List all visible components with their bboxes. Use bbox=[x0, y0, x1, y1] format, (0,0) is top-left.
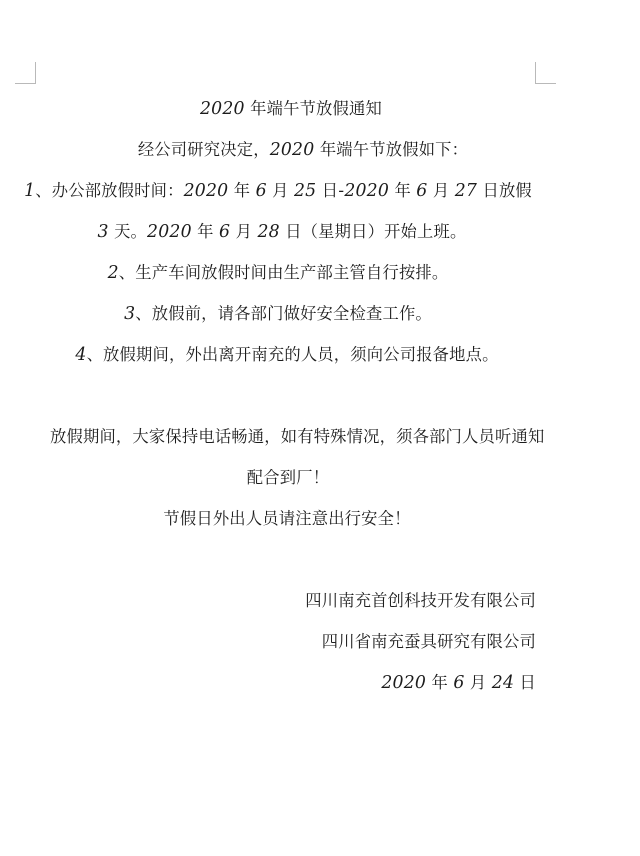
signature-date: 2020 年 6 月 24 日 bbox=[20, 662, 536, 703]
item-1-line-1: 1、办公部放假时间：2020 年 6 月 25 日-2020 年 6 月 27 … bbox=[20, 170, 536, 211]
blank-line bbox=[20, 375, 536, 416]
margin-crop-mark-right bbox=[535, 62, 556, 84]
signature-company-2: 四川省南充蚕具研究有限公司 bbox=[20, 621, 536, 662]
closing-line-1: 放假期间，大家保持电话畅通，如有特殊情况，须各部门人员听通知 bbox=[20, 416, 536, 457]
safety-reminder-line: 节假日外出人员请注意出行安全！ bbox=[20, 498, 536, 539]
item-1-line-2: 3 天。2020 年 6 月 28 日（星期日）开始上班。 bbox=[20, 211, 536, 252]
blank-line bbox=[20, 539, 536, 580]
closing-line-2: 配合到厂！ bbox=[20, 457, 536, 498]
item-4: 4、放假期间，外出离开南充的人员，须向公司报备地点。 bbox=[20, 334, 536, 375]
notice-intro: 经公司研究决定，2020 年端午节放假如下： bbox=[20, 129, 536, 170]
item-3: 3、放假前，请各部门做好安全检查工作。 bbox=[20, 293, 536, 334]
notice-title: 2020 年端午节放假通知 bbox=[20, 88, 536, 129]
document-page[interactable]: 2020 年端午节放假通知 经公司研究决定，2020 年端午节放假如下： 1、办… bbox=[0, 0, 640, 856]
margin-crop-mark-left bbox=[15, 62, 36, 84]
signature-company-1: 四川南充首创科技开发有限公司 bbox=[20, 580, 536, 621]
document-body: 2020 年端午节放假通知 经公司研究决定，2020 年端午节放假如下： 1、办… bbox=[20, 88, 536, 703]
item-2: 2、生产车间放假时间由生产部主管自行按排。 bbox=[20, 252, 536, 293]
